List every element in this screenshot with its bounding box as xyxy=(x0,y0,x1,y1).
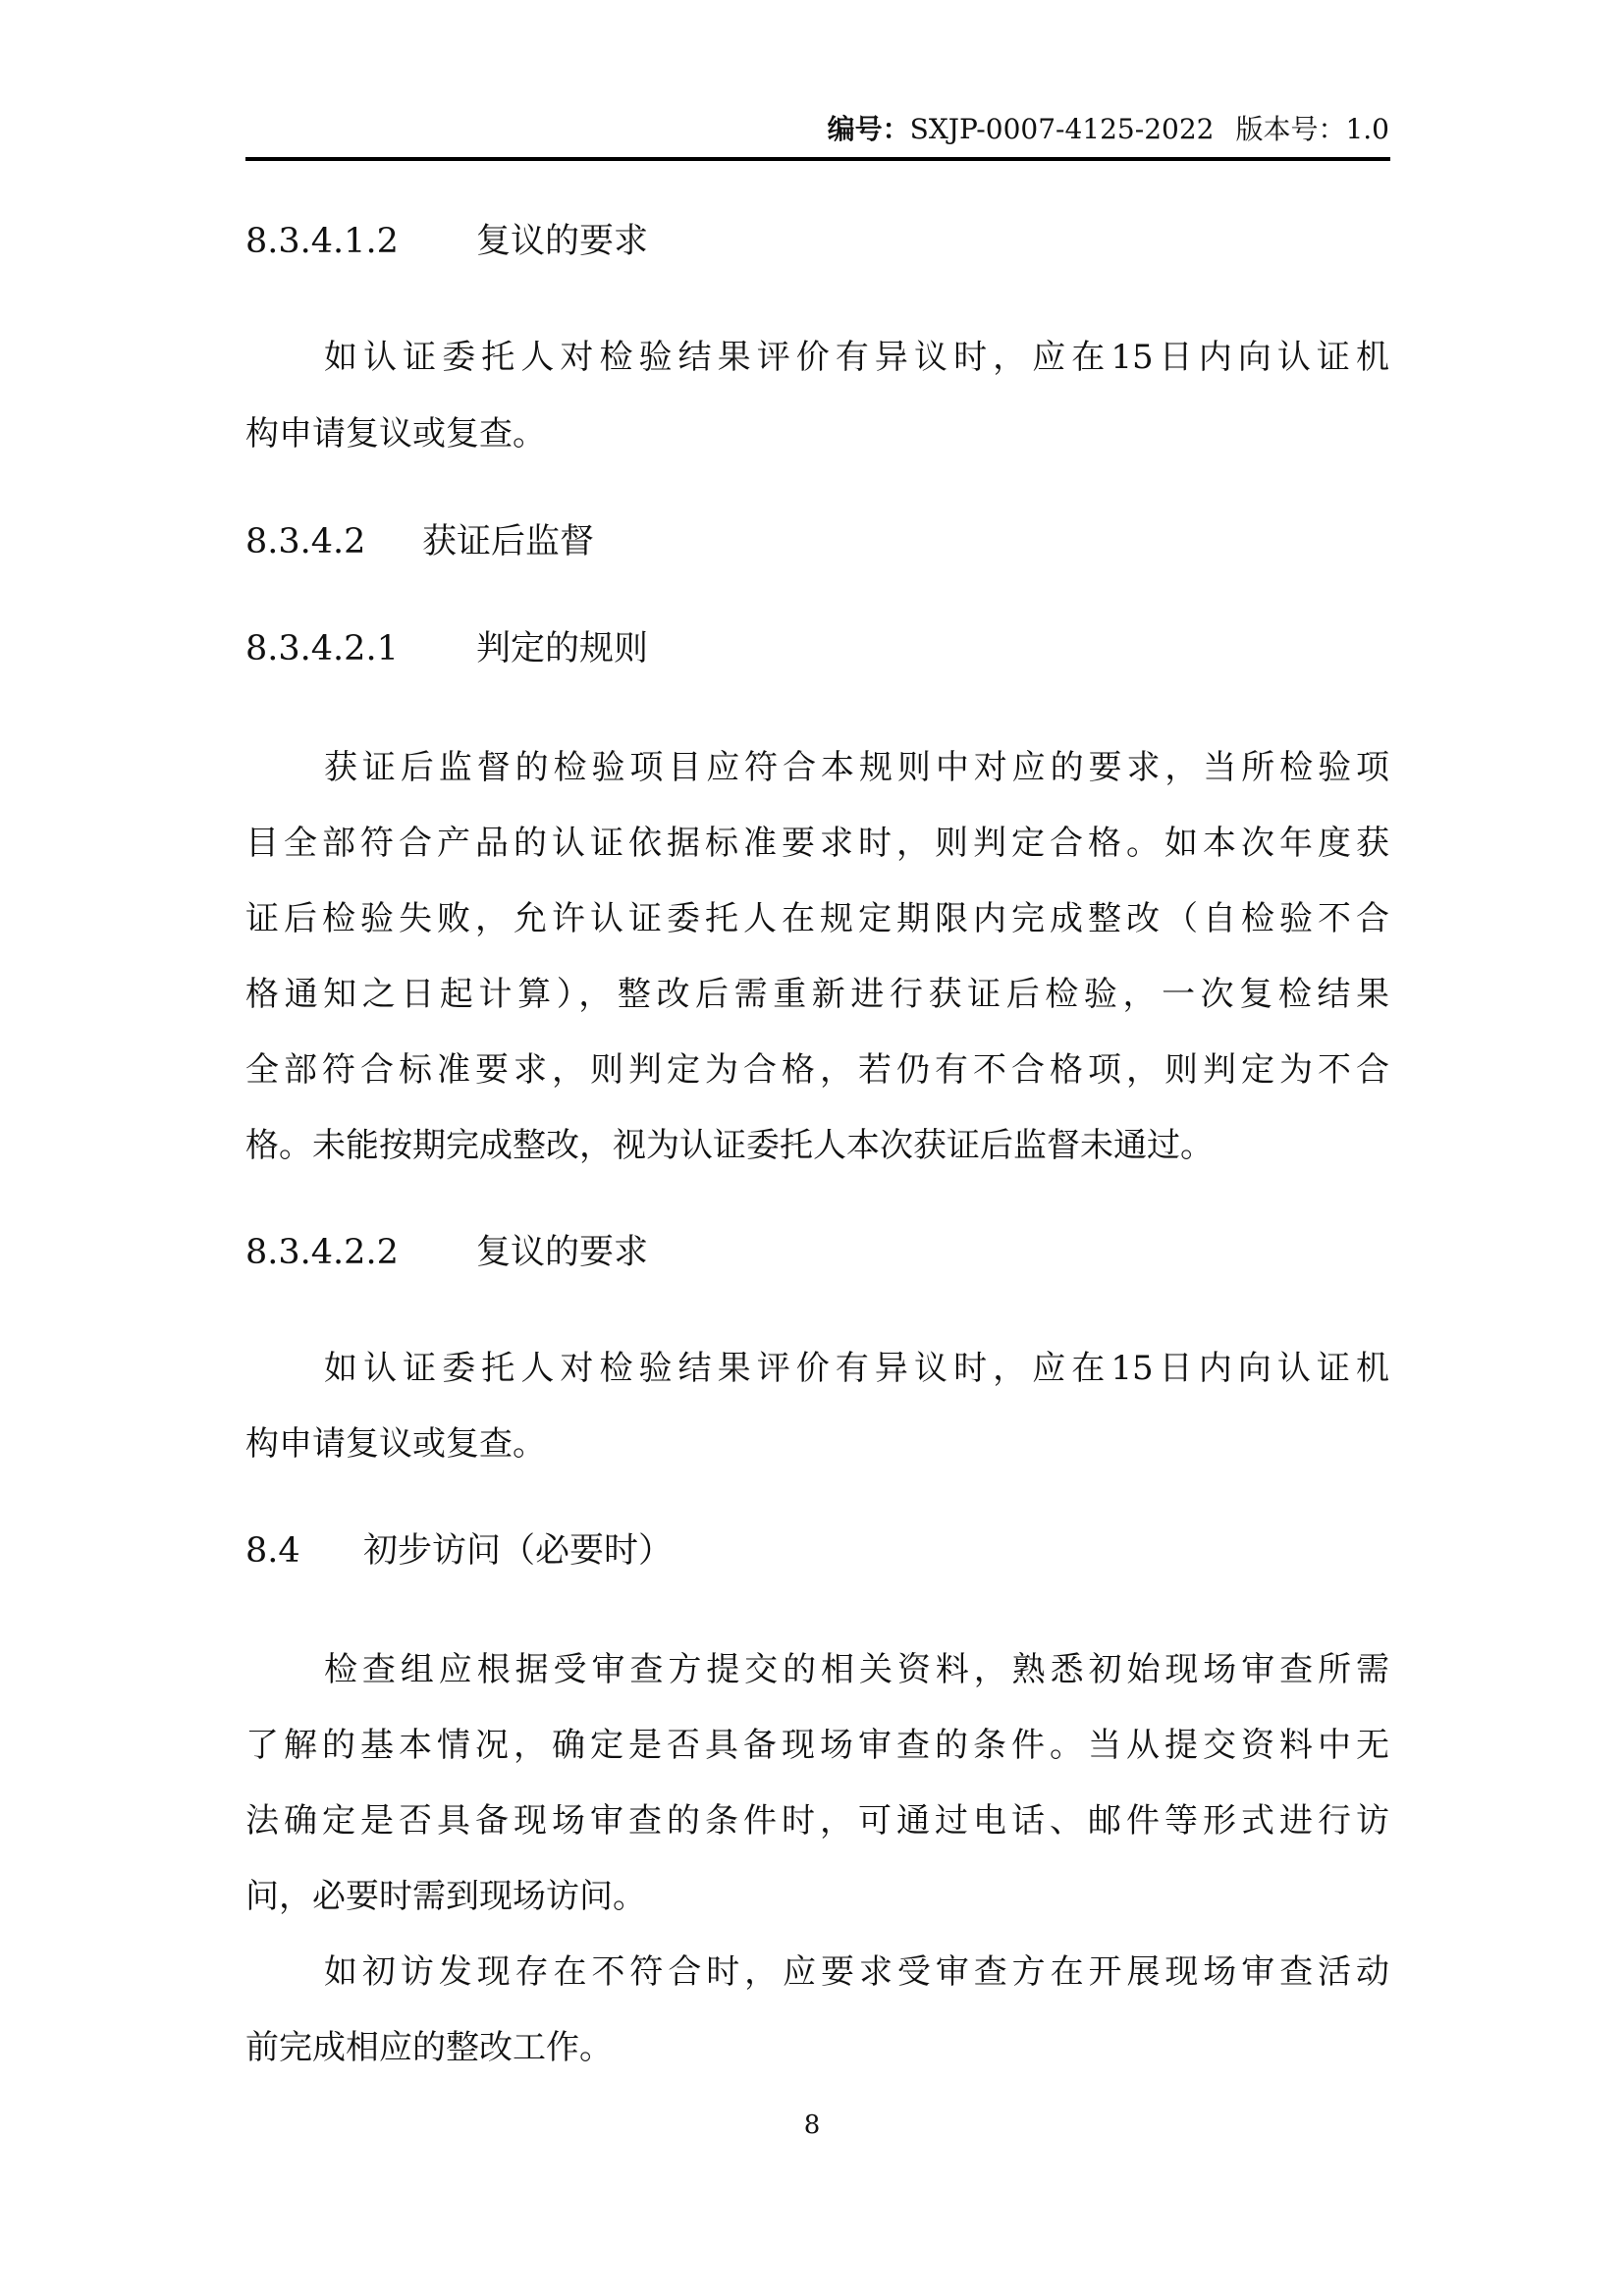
paragraph-line: 构申请复议或复查。 xyxy=(245,1420,1389,1468)
paragraph-line: 构申请复议或复查。 xyxy=(245,410,1389,457)
section-number: 8.3.4.2.2 xyxy=(245,1229,399,1276)
paragraph-line: 获证后监督的检验项目应符合本规则中对应的要求，当所检验项 xyxy=(324,744,1389,791)
paragraph-line: 前完成相应的整改工作。 xyxy=(245,2024,1389,2071)
paragraph-line: 格通知之日起计算），整改后需重新进行获证后检验，一次复检结果 xyxy=(245,971,1389,1018)
version-label: 版本号： xyxy=(1235,113,1345,145)
header-rule xyxy=(245,157,1390,161)
paragraph-line: 检查组应根据受审查方提交的相关资料，熟悉初始现场审查所需 xyxy=(324,1646,1389,1693)
paragraph-line: 如初访发现存在不符合时，应要求受审查方在开展现场审查活动 xyxy=(324,1949,1389,1996)
paragraph-line: 证后检验失败，允许认证委托人在规定期限内完成整改（自检验不合 xyxy=(245,895,1389,942)
paragraph-line: 了解的基本情况，确定是否具备现场审查的条件。当从提交资料中无 xyxy=(245,1722,1389,1769)
version-number: 1.0 xyxy=(1345,113,1389,145)
paragraph-line: 目全部符合产品的认证依据标准要求时，则判定合格。如本次年度获 xyxy=(245,820,1389,867)
section-number: 8.3.4.2.1 xyxy=(245,625,399,672)
page-header: 编号：SXJP-0007-4125-2022版本号：1.0 xyxy=(245,110,1389,149)
section-title: 判定的规则 xyxy=(476,625,648,672)
section-heading: 8.3.4.1.2 复议的要求 xyxy=(245,218,1389,265)
paragraph-line: 如认证委托人对检验结果评价有异议时，应在15日内向认证机 xyxy=(324,1345,1389,1392)
paragraph-line: 法确定是否具备现场审查的条件时，可通过电话、邮件等形式进行访 xyxy=(245,1797,1389,1844)
doc-number-label: 编号： xyxy=(828,113,910,145)
section-number: 8.4 xyxy=(245,1527,300,1575)
section-heading: 8.4 初步访问（必要时） xyxy=(245,1527,1389,1575)
section-number: 8.3.4.1.2 xyxy=(245,218,399,265)
section-heading: 8.3.4.2.2 复议的要求 xyxy=(245,1229,1389,1276)
section-title: 复议的要求 xyxy=(476,218,648,265)
section-title: 获证后监督 xyxy=(422,518,594,565)
paragraph-line: 问，必要时需到现场访问。 xyxy=(245,1873,1389,1920)
section-title: 初步访问（必要时） xyxy=(363,1527,673,1575)
doc-number: SXJP-0007-4125-2022 xyxy=(910,113,1215,145)
section-title: 复议的要求 xyxy=(476,1229,648,1276)
section-heading: 8.3.4.2.1 判定的规则 xyxy=(245,625,1389,672)
section-heading: 8.3.4.2 获证后监督 xyxy=(245,518,1389,565)
document-page: 编号：SXJP-0007-4125-2022版本号：1.0 8.3.4.1.2 … xyxy=(0,0,1624,2296)
paragraph-line: 全部符合标准要求，则判定为合格，若仍有不合格项，则判定为不合 xyxy=(245,1046,1389,1094)
paragraph-line: 如认证委托人对检验结果评价有异议时，应在15日内向认证机 xyxy=(324,334,1389,381)
section-number: 8.3.4.2 xyxy=(245,518,365,565)
paragraph-line: 格。未能按期完成整改，视为认证委托人本次获证后监督未通过。 xyxy=(245,1122,1389,1169)
page-number: 8 xyxy=(0,2109,1624,2142)
